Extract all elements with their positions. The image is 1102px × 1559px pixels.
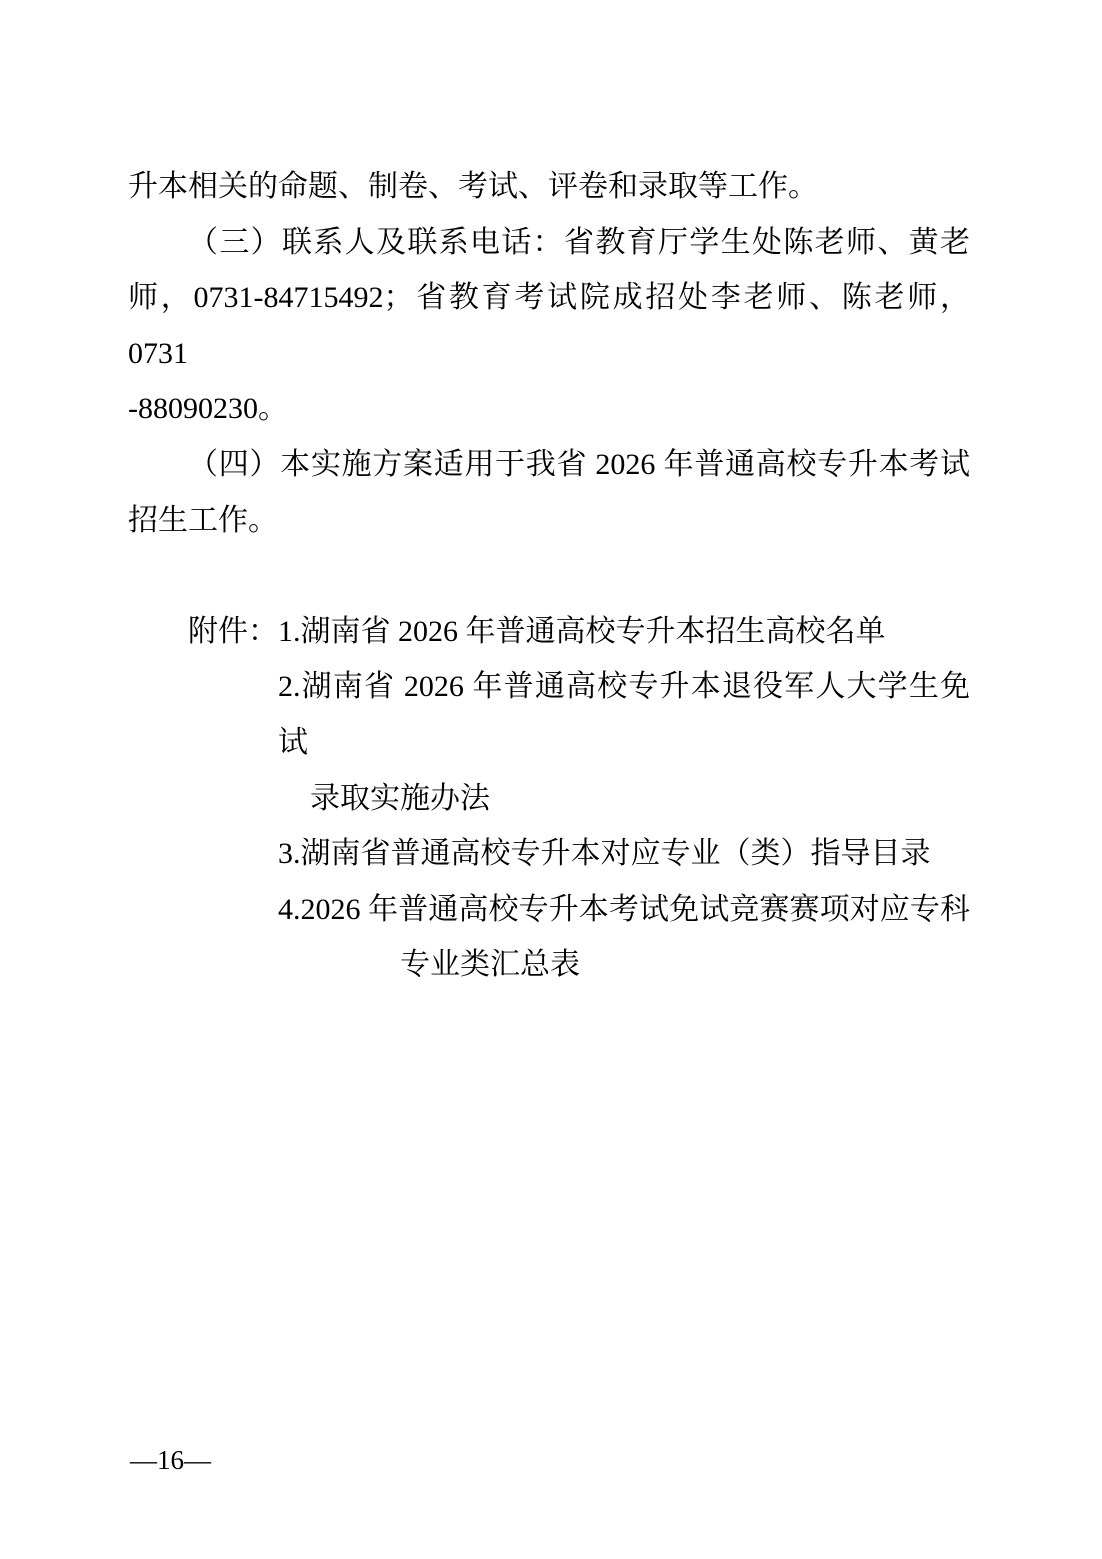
document-body: 升本相关的命题、制卷、考试、评卷和录取等工作。 （三）联系人及联系电话：省教育厅… bbox=[128, 159, 970, 993]
document-page: 升本相关的命题、制卷、考试、评卷和录取等工作。 （三）联系人及联系电话：省教育厅… bbox=[0, 0, 1102, 1559]
attachment-label-and-item-1: 附件：1.湖南省 2026 年普通高校专升本招生高校名单 bbox=[128, 604, 970, 660]
attachment-item-2-line-1: 2.湖南省 2026 年普通高校专升本退役军人大学生免试 bbox=[128, 659, 970, 770]
attachment-item-4-line-2: 专业类汇总表 bbox=[128, 937, 970, 993]
blank-line bbox=[128, 548, 970, 604]
page-number: —16— bbox=[130, 1444, 211, 1476]
attachment-item-2-line-2: 录取实施办法 bbox=[128, 771, 970, 827]
attachment-item-3: 3.湖南省普通高校专升本对应专业（类）指导目录 bbox=[128, 826, 970, 882]
paragraph-continuation-line: 升本相关的命题、制卷、考试、评卷和录取等工作。 bbox=[128, 159, 970, 215]
paragraph-scope-line-1: （四）本实施方案适用于我省 2026 年普通高校专升本考试 bbox=[128, 437, 970, 493]
paragraph-contact-line-3: -88090230。 bbox=[128, 381, 970, 437]
paragraph-contact-line-2: 师，0731-84715492；省教育考试院成招处李老师、陈老师，0731 bbox=[128, 270, 970, 381]
paragraph-scope-line-2: 招生工作。 bbox=[128, 493, 970, 549]
attachment-item-4-line-1: 4.2026 年普通高校专升本考试免试竞赛赛项对应专科 bbox=[128, 882, 970, 938]
paragraph-contact-line-1: （三）联系人及联系电话：省教育厅学生处陈老师、黄老 bbox=[128, 215, 970, 271]
